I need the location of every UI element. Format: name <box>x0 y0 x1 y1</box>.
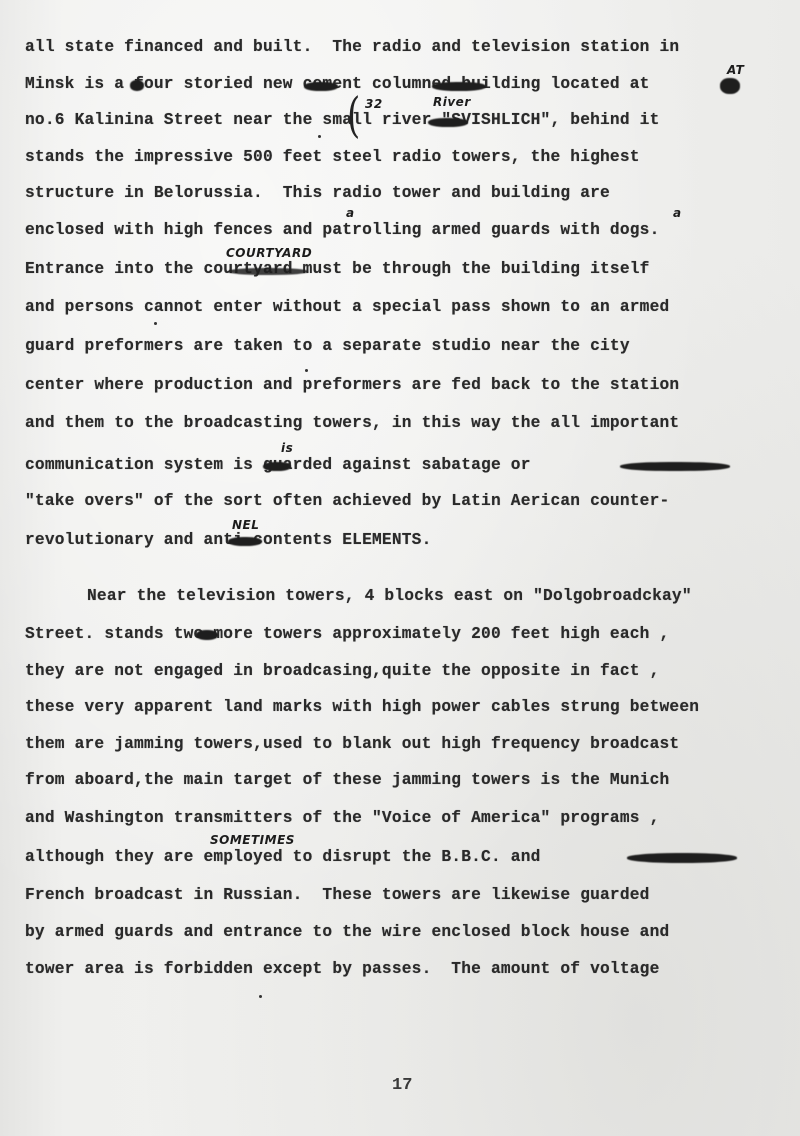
handwritten-at: AT <box>727 63 744 77</box>
text-line: all state financed and built. The radio … <box>25 38 679 56</box>
text-line: center where production and preformers a… <box>25 376 679 394</box>
handwritten-bracket: ( <box>347 88 360 144</box>
text-line: these very apparent land marks with high… <box>25 698 699 716</box>
redaction-mark <box>196 630 218 640</box>
text-line: and them to the broadcasting towers, in … <box>25 414 679 432</box>
document-page: all state financed and built. The radio … <box>0 0 800 1136</box>
paper-speck <box>154 322 157 325</box>
handwritten-river: River <box>433 95 471 109</box>
redaction-mark <box>263 462 291 471</box>
redaction-mark <box>228 268 308 275</box>
text-line: they are not engaged in broadcasing,quit… <box>25 662 660 680</box>
page-number: 17 <box>392 1076 412 1095</box>
text-line: stands the impressive 500 feet steel rad… <box>25 148 640 166</box>
redaction-mark <box>228 537 262 546</box>
handwritten-margin-note: 32 <box>365 97 383 111</box>
handwritten-is: is <box>281 441 293 455</box>
text-line: structure in Belorussia. This radio towe… <box>25 184 610 202</box>
handwritten-sometimes: SOMETIMES <box>210 833 295 847</box>
redaction-mark <box>620 462 730 471</box>
text-line: Street. stands two more towers approxima… <box>25 625 669 643</box>
text-line: them are jamming towers,used to blank ou… <box>25 735 679 753</box>
text-line: no.6 Kalinina Street near the small rive… <box>25 111 660 129</box>
redaction-mark <box>130 80 144 91</box>
redaction-mark <box>432 82 486 91</box>
text-line: tower area is forbidden except by passes… <box>25 960 660 978</box>
text-line: by armed guards and entrance to the wire… <box>25 923 669 941</box>
text-line: "take overs" of the sort often achieved … <box>25 492 669 510</box>
text-line: and Washington transmitters of the "Voic… <box>25 809 660 827</box>
handwritten-courtyard: COURTYARD <box>226 246 312 260</box>
redaction-mark <box>627 853 737 863</box>
text-line: guard preformers are taken to a separate… <box>25 337 630 355</box>
paper-speck <box>259 995 262 998</box>
handwritten-nel: NEL <box>232 518 259 532</box>
text-line: although they are employed to disrupt th… <box>25 848 541 866</box>
handwritten-insert: a <box>346 206 355 220</box>
paper-speck <box>305 369 308 372</box>
paper-speck <box>318 135 321 138</box>
handwritten-insert: a <box>673 206 682 220</box>
text-line: from aboard,the main target of these jam… <box>25 771 669 789</box>
text-line: enclosed with high fences and patrolling… <box>25 221 660 239</box>
redaction-mark <box>304 82 338 91</box>
redaction-mark <box>720 78 740 94</box>
text-line: Entrance into the courtyard must be thro… <box>25 260 650 278</box>
text-line: and persons cannot enter without a speci… <box>25 298 669 316</box>
text-line: French broadcast in Russian. These tower… <box>25 886 650 904</box>
redaction-mark <box>428 118 468 127</box>
text-line: Near the television towers, 4 blocks eas… <box>87 587 692 605</box>
